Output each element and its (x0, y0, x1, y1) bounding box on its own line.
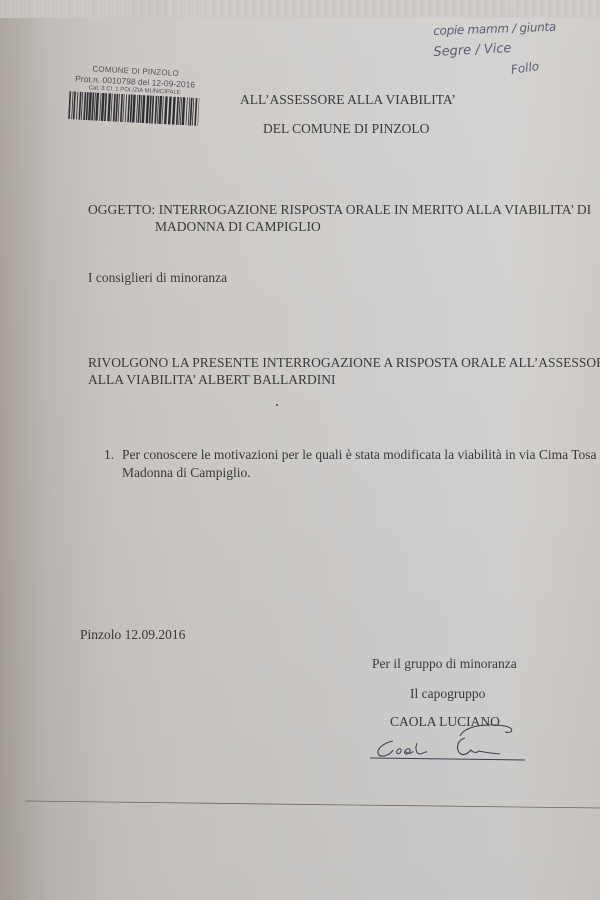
page-fold-line (25, 795, 600, 815)
list-item-number: 1. (104, 447, 114, 463)
handwritten-note: Follo (510, 59, 540, 77)
top-edge-strip (0, 0, 600, 18)
place-date: Pinzolo 12.09.2016 (80, 627, 185, 643)
intro-text: I consiglieri di minoranza (88, 270, 227, 286)
protocol-stamp: COMUNE DI PINZOLO Prot.n. 0010798 del 12… (63, 63, 206, 126)
handwritten-note: copie mamm / giunta (433, 20, 556, 38)
scanned-document-page: COMUNE DI PINZOLO Prot.n. 0010798 del 12… (0, 0, 600, 900)
request-line-1: RIVOLGONO LA PRESENTE INTERROGAZIONE A R… (88, 355, 600, 371)
handwritten-note: Segre / Vice (433, 41, 512, 60)
request-line-2: ALLA VIABILITA’ ALBERT BALLARDINI (88, 372, 335, 388)
addressee-line-2: DEL COMUNE DI PINZOLO (263, 121, 429, 137)
signature-group: Per il gruppo di minoranza (372, 656, 517, 672)
barcode-icon (68, 91, 199, 126)
addressee-line-1: ALL’ASSESSORE ALLA VIABILITA’ (240, 92, 456, 108)
signature-role: Il capogruppo (410, 686, 485, 702)
list-item-line-2: Madonna di Campiglio. (122, 465, 251, 481)
handwritten-signature-icon (365, 718, 530, 763)
stray-dot (276, 404, 278, 406)
subject-line-2: MADONNA DI CAMPIGLIO (155, 219, 321, 235)
subject-line-1: OGGETTO: INTERROGAZIONE RISPOSTA ORALE I… (88, 202, 591, 218)
list-item-line-1: Per conoscere le motivazioni per le qual… (122, 447, 600, 463)
